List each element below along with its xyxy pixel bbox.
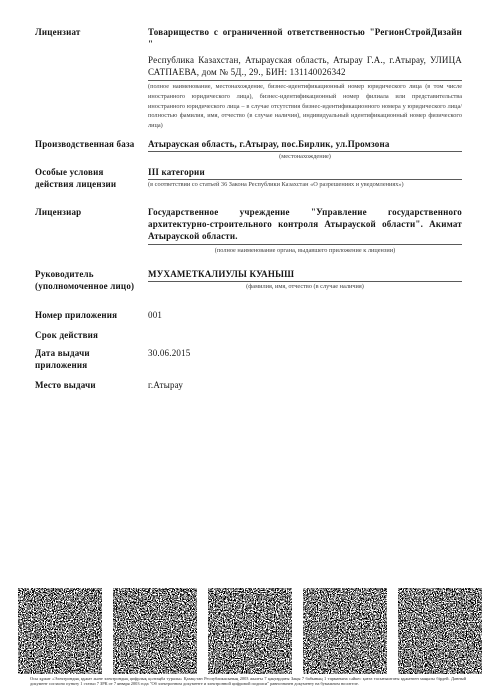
licensee-row: Лицензиат Товарищество с ограниченной от… [35,26,462,131]
licensor-value: Государственное учреждение "Управление г… [148,206,462,245]
validity-period-label: Срок действия [35,329,148,341]
qr-stamp-icon [113,588,197,674]
signature-stamp-strip [18,588,482,674]
licensor-row: Лицензиар Государственное учреждение "Уп… [35,206,462,256]
licensee-note: (полное наименование, местонахождение, б… [148,82,462,131]
validity-period-row: Срок действия [35,329,462,341]
production-base-note: (местонахождение) [148,152,462,162]
appendix-number-value: 001 [148,309,462,321]
licensee-name: Товарищество с ограниченной ответственно… [148,26,462,50]
special-conditions-note: (в соответствии со статьей 36 Закона Рес… [148,180,462,190]
special-conditions-label: Особые условия действия лицензии [35,166,148,190]
issue-place-row: Место выдачи г.Атырау [35,379,462,391]
qr-stamp-icon [398,588,482,674]
qr-stamp-icon [18,588,102,674]
production-base-row: Производственная база Атырауская область… [35,138,462,162]
issue-place-label: Место выдачи [35,379,148,391]
appendix-number-label: Номер приложения [35,309,148,321]
head-value: МУХАМЕТКАЛИУЛЫ КУАНЫШ [148,268,462,282]
licensor-note: (полное наименование органа, выдавшего п… [148,246,462,256]
special-conditions-row: Особые условия действия лицензии III кат… [35,166,462,190]
production-base-label: Производственная база [35,138,148,150]
licensee-address: Республика Казахстан, Атырауская область… [148,54,462,81]
license-appendix-document: Лицензиат Товарищество с ограниченной от… [0,0,495,700]
issue-date-row: Дата выдачи приложения 30.06.2015 [35,347,462,371]
qr-stamp-icon [303,588,387,674]
head-note: (фамилия, имя, отчество (в случае наличи… [148,282,462,292]
head-row: Руководитель (уполномоченное лицо) МУХАМ… [35,268,462,292]
special-conditions-value: III категории [148,166,462,180]
qr-stamp-icon [208,588,292,674]
legal-footer-text: Осы құжат «Электрондық құжат және электр… [30,676,466,687]
production-base-value: Атырауская область, г.Атырау, пос.Бирлик… [148,138,462,152]
issue-place-value: г.Атырау [148,379,462,391]
head-label: Руководитель (уполномоченное лицо) [35,268,148,292]
issue-date-label: Дата выдачи приложения [35,347,148,371]
licensee-label: Лицензиат [35,26,148,38]
appendix-number-row: Номер приложения 001 [35,309,462,321]
issue-date-value: 30.06.2015 [148,347,462,359]
licensor-label: Лицензиар [35,206,148,218]
